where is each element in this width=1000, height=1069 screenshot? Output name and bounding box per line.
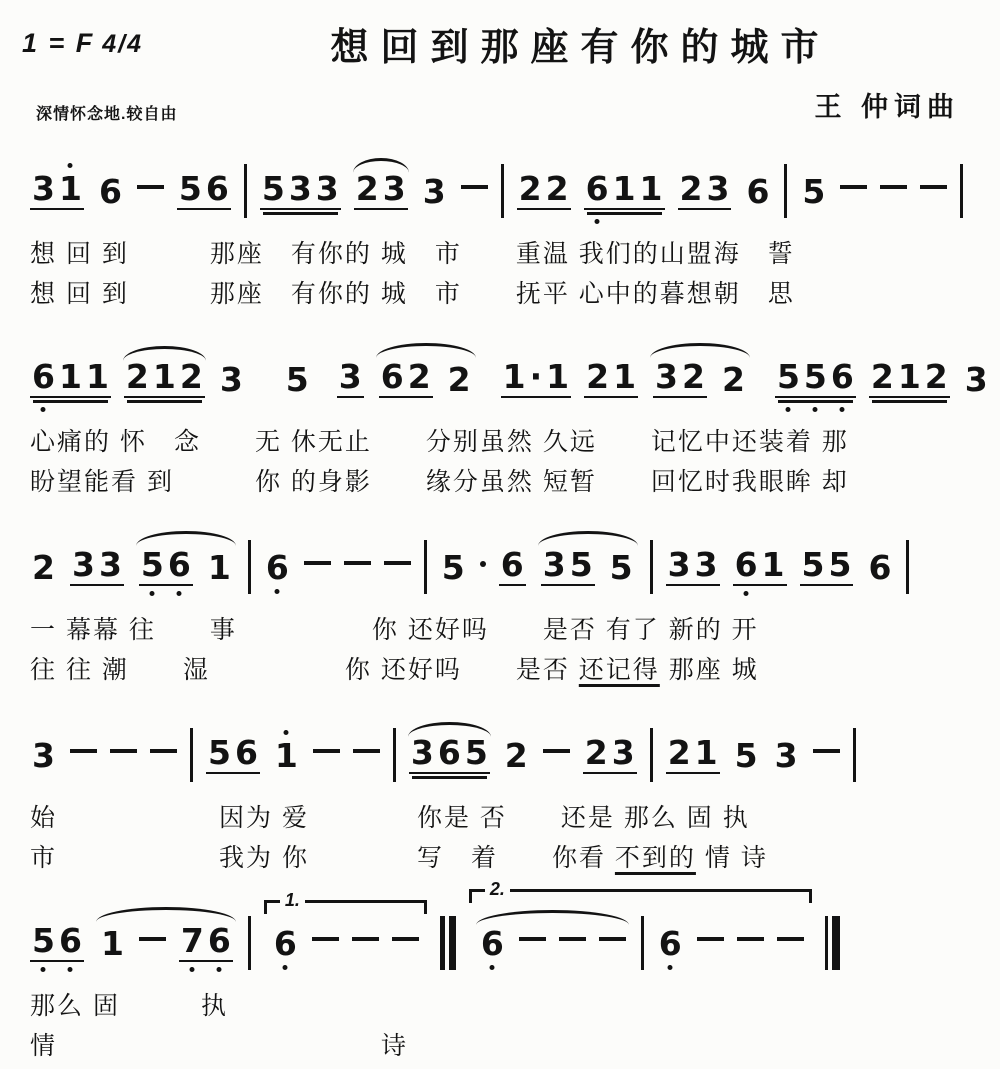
note-digit: 5 (826, 548, 853, 581)
note-group: 6 (272, 927, 299, 960)
note-digit: 2 (720, 363, 747, 396)
note-digit: 1 (896, 360, 923, 393)
note-group: 6 (479, 927, 506, 960)
note-digit: 6 (657, 927, 684, 960)
octave-dot-below (668, 965, 673, 970)
note-digit: 6 (744, 175, 771, 208)
note-digit: 6 (733, 548, 760, 581)
duration-dash (880, 185, 907, 189)
note-digit: 3 (409, 736, 436, 769)
note-digit: 3 (704, 172, 731, 205)
note-group: 3 (337, 360, 364, 398)
note-digit: 6 (166, 548, 193, 581)
lyric-segment-underlined: 不到的 (615, 844, 696, 872)
barline (424, 540, 427, 594)
lyric-segment: 那么 固 执 (30, 992, 228, 1020)
note-digit: 5 (733, 739, 760, 772)
note-group: 21 (666, 736, 720, 774)
note-digit: 2 (678, 172, 705, 205)
duration-dash (697, 937, 724, 941)
octave-dot-above (68, 163, 73, 168)
note-digit: 3 (381, 172, 408, 205)
note-group: 3 (963, 363, 990, 396)
note-digit: 1 (57, 172, 84, 205)
note-digit: 1 (501, 360, 528, 393)
key-signature: 1 = F4/4 (22, 12, 227, 59)
note-digit: · (528, 360, 545, 393)
barline (650, 728, 653, 782)
octave-dot-below (41, 407, 46, 412)
note-digit: 5 (284, 363, 311, 396)
note-digit: 5 (800, 175, 827, 208)
note-group: 21 (584, 360, 638, 398)
music-row: 2335616563553361556 (22, 508, 974, 608)
note-digit: 3 (314, 172, 341, 205)
note-digit: 1 (611, 360, 638, 393)
lyrics-row-1: 想 回 到 那座 有你的 城 市 重温 我们的山盟海 誓 (22, 232, 974, 272)
note-digit: 6 (30, 360, 57, 393)
note-digit: 5 (139, 548, 166, 581)
score-header: 1 = F4/4 想回到那座有你的城市 (22, 12, 974, 71)
lyric-segment: 往 往 潮 湿 你 还好吗 是否 (30, 656, 579, 684)
note-digit: 1 (760, 548, 787, 581)
lyrics-row-1: 一 幕幕 往 事 你 还好吗 是否 有了 新的 开 (22, 608, 974, 648)
note-group: 611 (30, 360, 111, 398)
note-group: 6 (264, 551, 291, 584)
note-group: 35 (541, 548, 595, 586)
lyric-segment: 始 因为 爱 你是 否 还是 那么 固 执 (30, 804, 750, 832)
octave-dot-below (217, 967, 222, 972)
note-group: 23 (354, 172, 408, 210)
note-group: 6 (866, 551, 893, 584)
duration-dash (840, 185, 867, 189)
barline (650, 540, 653, 594)
octave-dot-below (150, 591, 155, 596)
duration-dash (813, 749, 840, 753)
note-group: 3 (218, 363, 245, 396)
note-digit: 3 (30, 172, 57, 205)
octave-dot-below (190, 967, 195, 972)
note-digit: 6 (436, 736, 463, 769)
note-group: 3 (773, 739, 800, 772)
note-group: 1 (99, 927, 126, 960)
volta-ending: 2.66 (469, 916, 812, 970)
duration-dash (461, 185, 488, 189)
barline (248, 540, 251, 594)
final-barline (825, 916, 840, 970)
lyric-segment: 那座 城 (660, 656, 759, 684)
repeat-end-barline (440, 916, 456, 970)
note-group: 56 (30, 924, 84, 962)
lyric-segment: 一 幕幕 往 事 你 还好吗 是否 有了 新的 开 (30, 616, 759, 644)
note-digit: 3 (963, 363, 990, 396)
duration-dash (313, 749, 340, 753)
note-digit: 6 (204, 172, 231, 205)
system-4: 35613652232153始 因为 爱 你是 否 还是 那么 固 执市 我为 … (22, 696, 974, 876)
lyrics-row-2: 市 我为 你 写 着 你看 不到的 情 诗 (22, 836, 974, 876)
note-group: 5 (800, 175, 827, 208)
note-group: 2 (30, 551, 57, 584)
note-digit: 5 (260, 172, 287, 205)
lyric-segment: 情 诗 (30, 1032, 408, 1060)
barline (244, 164, 247, 218)
volta-label: 1. (280, 890, 305, 911)
note-group: 76 (179, 924, 233, 962)
note-digit: 5 (463, 736, 490, 769)
note-digit: 2 (178, 360, 205, 393)
note-group: 6 (744, 175, 771, 208)
note-group: 611 (584, 172, 665, 210)
note-digit: 5 (775, 360, 802, 393)
lyric-segment: 心痛的 怀 念 无 休无止 分别虽然 久远 记忆中还装着 那 (30, 428, 849, 456)
lyric-segment-underlined: 还记得 (579, 656, 660, 684)
note-digit: 5 (177, 172, 204, 205)
slur-arc (353, 158, 409, 173)
slur-arc (136, 531, 236, 546)
note-digit: 5 (568, 548, 595, 581)
duration-dash (384, 561, 411, 565)
note-group: 56 (139, 548, 193, 586)
duration-dash (304, 561, 331, 565)
slur-arc (123, 346, 206, 361)
note-digit: 6 (57, 924, 84, 957)
note-digit: 2 (869, 360, 896, 393)
note-group: 5 (733, 739, 760, 772)
note-digit: 2 (446, 363, 473, 396)
score-body: 31656533233226112365想 回 到 那座 有你的 城 市 重温 … (22, 132, 974, 1064)
note-digit: 1 (638, 172, 665, 205)
note-digit: 1 (206, 551, 233, 584)
note-group: 1·1 (501, 360, 571, 398)
note-group: 32 (653, 360, 707, 398)
note-group: 22 (517, 172, 571, 210)
volta-label: 2. (485, 879, 510, 900)
note-digit: 1 (273, 739, 300, 772)
note-digit: 6 (829, 360, 856, 393)
score-subheader: 深情怀念地.较自由 王 仲词曲 (22, 71, 974, 124)
duration-dash (559, 937, 586, 941)
note-digit: 3 (218, 363, 245, 396)
note-digit: 3 (30, 739, 57, 772)
note-digit: 3 (666, 548, 693, 581)
note-digit: 6 (379, 360, 406, 393)
duration-dash (137, 185, 164, 189)
note-group: 212 (124, 360, 205, 398)
note-digit: 5 (802, 360, 829, 393)
octave-dot-below (595, 219, 600, 224)
slur-group: 176 (97, 924, 235, 962)
note-digit: 2 (354, 172, 381, 205)
lyrics-row-2: 盼望能看 到 你 的身影 缘分虽然 短暂 回忆时我眼眸 却 (22, 460, 974, 500)
note-group: 62 (379, 360, 433, 398)
note-group: 1 (273, 739, 300, 772)
duration-dash (353, 749, 380, 753)
duration-dash (599, 937, 626, 941)
note-group: 1 (206, 551, 233, 584)
lyric-segment: 盼望能看 到 你 的身影 缘分虽然 短暂 回忆时我眼眸 却 (30, 468, 849, 496)
lyric-segment: 市 我为 你 写 着 你看 (30, 844, 615, 872)
barline (853, 728, 856, 782)
note-digit: 2 (503, 739, 530, 772)
barline (190, 728, 193, 782)
music-row: 35613652232153 (22, 696, 974, 796)
octave-dot-below (177, 591, 182, 596)
page-title: 想回到那座有你的城市 (227, 12, 934, 71)
note-digit: 7 (179, 924, 206, 957)
duration-dash (312, 937, 339, 941)
lyrics-row-1: 始 因为 爱 你是 否 还是 那么 固 执 (22, 796, 974, 836)
note-group: 23 (583, 736, 637, 774)
augmentation-dot (480, 561, 486, 567)
time-signature: 4/4 (102, 30, 143, 58)
note-digit: 6 (97, 175, 124, 208)
octave-dot-below (283, 965, 288, 970)
duration-dash (392, 937, 419, 941)
barline (960, 164, 963, 218)
note-digit: 2 (406, 360, 433, 393)
octave-dot-below (68, 967, 73, 972)
note-group: 533 (260, 172, 341, 210)
note-digit: 2 (124, 360, 151, 393)
note-digit: 1 (57, 360, 84, 393)
duration-dash (519, 937, 546, 941)
octave-dot-below (275, 589, 280, 594)
note-group: 3 (30, 739, 57, 772)
note-digit: 6 (479, 927, 506, 960)
composer-credit: 王 仲词曲 (814, 85, 960, 124)
barline (501, 164, 504, 218)
note-digit: 2 (584, 360, 611, 393)
note-digit: 5 (800, 548, 827, 581)
duration-dash (344, 561, 371, 565)
slur-group: 6 (477, 927, 628, 960)
note-group: 56 (206, 736, 260, 774)
sheet-music-page: 1 = F4/4 想回到那座有你的城市 深情怀念地.较自由 王 仲词曲 3165… (0, 0, 1000, 1064)
music-row: 31656533233226112365 (22, 132, 974, 232)
note-digit: 3 (773, 739, 800, 772)
note-digit: 2 (583, 736, 610, 769)
duration-dash (737, 937, 764, 941)
note-group: 33 (666, 548, 720, 586)
note-group: 33 (70, 548, 124, 586)
note-group: 6 (97, 175, 124, 208)
note-digit: 6 (206, 924, 233, 957)
note-digit: 3 (421, 175, 448, 208)
octave-dot-below (490, 965, 495, 970)
duration-dash (139, 937, 166, 941)
duration-dash (150, 749, 177, 753)
music-row: 6112123536221·1213225562123 (22, 320, 974, 420)
slur-group: 561 (137, 548, 235, 586)
lyric-segment: 想 回 到 那座 有你的 城 市 抚平 心中的暮想朝 思 (30, 280, 795, 308)
octave-dot-below (41, 967, 46, 972)
note-group: 23 (678, 172, 732, 210)
duration-dash (110, 749, 137, 753)
note-group: 6 (499, 548, 526, 586)
barline (393, 728, 396, 782)
barline (641, 916, 644, 970)
note-group: 61 (733, 548, 787, 586)
lyrics-row-1: 那么 固 执 (22, 984, 974, 1024)
note-digit: 2 (680, 360, 707, 393)
duration-dash (70, 749, 97, 753)
octave-dot-below (744, 591, 749, 596)
slur-arc (96, 907, 236, 922)
barline (906, 540, 909, 594)
system-5: 561761.62.66那么 固 执情 诗 (22, 884, 974, 1064)
slur-arc (408, 722, 491, 737)
lyrics-row-2: 情 诗 (22, 1024, 974, 1064)
note-digit: 3 (541, 548, 568, 581)
note-group: 2 (503, 739, 530, 772)
slur-group: 355 (539, 548, 637, 586)
duration-dash (777, 937, 804, 941)
note-group: 2 (720, 363, 747, 396)
key-signature-text: 1 = F (22, 28, 94, 58)
note-digit: 2 (666, 736, 693, 769)
duration-dash (352, 937, 379, 941)
note-group: 5 (284, 363, 311, 396)
note-digit: 5 (206, 736, 233, 769)
note-digit: 2 (30, 551, 57, 584)
lyrics-row-1: 心痛的 怀 念 无 休无止 分别虽然 久远 记忆中还装着 那 (22, 420, 974, 460)
lyric-segment: 想 回 到 那座 有你的 城 市 重温 我们的山盟海 誓 (30, 240, 795, 268)
note-group: 56 (177, 172, 231, 210)
note-digit: 2 (923, 360, 950, 393)
duration-dash (543, 749, 570, 753)
note-group: 365 (409, 736, 490, 774)
note-digit: 3 (70, 548, 97, 581)
expression-marking: 深情怀念地.较自由 (36, 101, 177, 124)
note-digit: 6 (264, 551, 291, 584)
octave-dot-below (786, 407, 791, 412)
note-group: 5 (440, 551, 467, 584)
note-group: 212 (869, 360, 950, 398)
octave-dot-below (813, 407, 818, 412)
note-digit: 3 (287, 172, 314, 205)
note-digit: 1 (693, 736, 720, 769)
barline (784, 164, 787, 218)
duration-dash (920, 185, 947, 189)
slur-group: 622 (377, 360, 475, 398)
note-digit: 2 (517, 172, 544, 205)
octave-dot-below (840, 407, 845, 412)
note-digit: 6 (233, 736, 260, 769)
lyrics-row-2: 想 回 到 那座 有你的 城 市 抚平 心中的暮想朝 思 (22, 272, 974, 312)
note-group: 556 (775, 360, 856, 398)
note-digit: 3 (97, 548, 124, 581)
slur-arc (650, 343, 750, 358)
slur-arc (476, 910, 629, 925)
note-digit: 6 (584, 172, 611, 205)
note-group: 3 (421, 175, 448, 208)
note-digit: 6 (866, 551, 893, 584)
slur-arc (376, 343, 476, 358)
note-group: 2 (446, 363, 473, 396)
note-digit: 3 (610, 736, 637, 769)
note-digit: 5 (608, 551, 635, 584)
note-digit: 5 (30, 924, 57, 957)
note-digit: 3 (337, 360, 364, 393)
note-digit: 5 (440, 551, 467, 584)
note-group: 6 (657, 927, 684, 960)
slur-group: 322 (651, 360, 749, 398)
slur-arc (538, 531, 638, 546)
note-digit: 3 (653, 360, 680, 393)
note-digit: 1 (84, 360, 111, 393)
note-digit: 3 (693, 548, 720, 581)
octave-dot-above (284, 730, 289, 735)
volta-ending: 1.6 (264, 927, 427, 960)
system-3: 2335616563553361556一 幕幕 往 事 你 还好吗 是否 有了 … (22, 508, 974, 688)
note-digit: 1 (99, 927, 126, 960)
note-group: 55 (800, 548, 854, 586)
system-2: 6112123536221·1213225562123心痛的 怀 念 无 休无止… (22, 320, 974, 500)
music-row: 561761.62.66 (22, 884, 974, 984)
note-digit: 1 (544, 360, 571, 393)
note-digit: 1 (611, 172, 638, 205)
note-digit: 2 (544, 172, 571, 205)
note-digit: 6 (499, 548, 526, 581)
note-group: 5 (608, 551, 635, 584)
lyric-segment: 情 诗 (696, 844, 768, 872)
system-1: 31656533233226112365想 回 到 那座 有你的 城 市 重温 … (22, 132, 974, 312)
note-digit: 1 (151, 360, 178, 393)
note-digit: 6 (272, 927, 299, 960)
note-group: 31 (30, 172, 84, 210)
lyrics-row-2: 往 往 潮 湿 你 还好吗 是否 还记得 那座 城 (22, 648, 974, 688)
barline (248, 916, 251, 970)
